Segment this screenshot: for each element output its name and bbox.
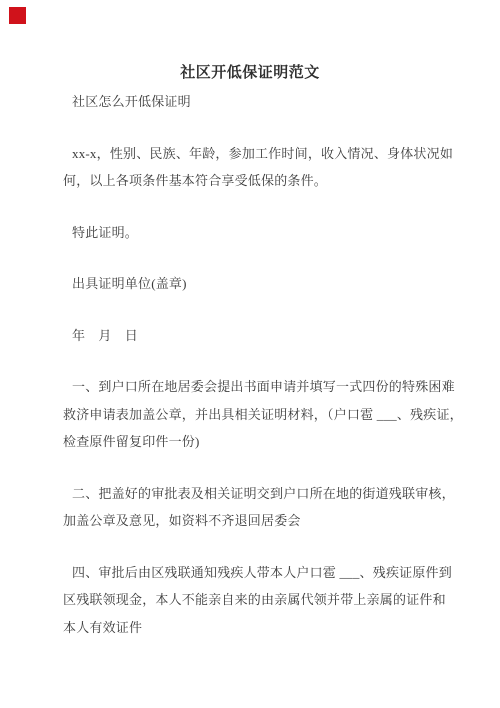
paragraph-issuing-unit: 出具证明单位(盖章) xyxy=(63,270,490,298)
paragraph-step-one: 一、到户口所在地居委会提出书面申请并填写一式四份的特殊困难 救济申请表加盖公章，… xyxy=(63,373,490,456)
paragraph-intro: 社区怎么开低保证明 xyxy=(63,88,490,116)
paragraph-step-two: 二、把盖好的审批表及相关证明交到户口所在地的街道残联审核， 加盖公章及意见，如资… xyxy=(63,480,490,535)
document-page: 社区开低保证明范文 社区怎么开低保证明 xx-x，性别、民族、年龄，参加工作时间… xyxy=(0,0,500,708)
document-title: 社区开低保证明范文 xyxy=(0,58,500,88)
paragraph-step-four: 四、审批后由区残联通知残疾人带本人户口雹 ___、残疾证原件到 区残联领现金，本… xyxy=(63,559,490,642)
paragraph-date: 年 月 日 xyxy=(63,322,490,350)
red-corner-marker xyxy=(9,7,26,24)
paragraph-hereby-certify: 特此证明。 xyxy=(63,219,490,247)
paragraph-conditions: xx-x，性别、民族、年龄，参加工作时间，收入情况、身体状况如 何，以上各项条件… xyxy=(63,140,490,195)
